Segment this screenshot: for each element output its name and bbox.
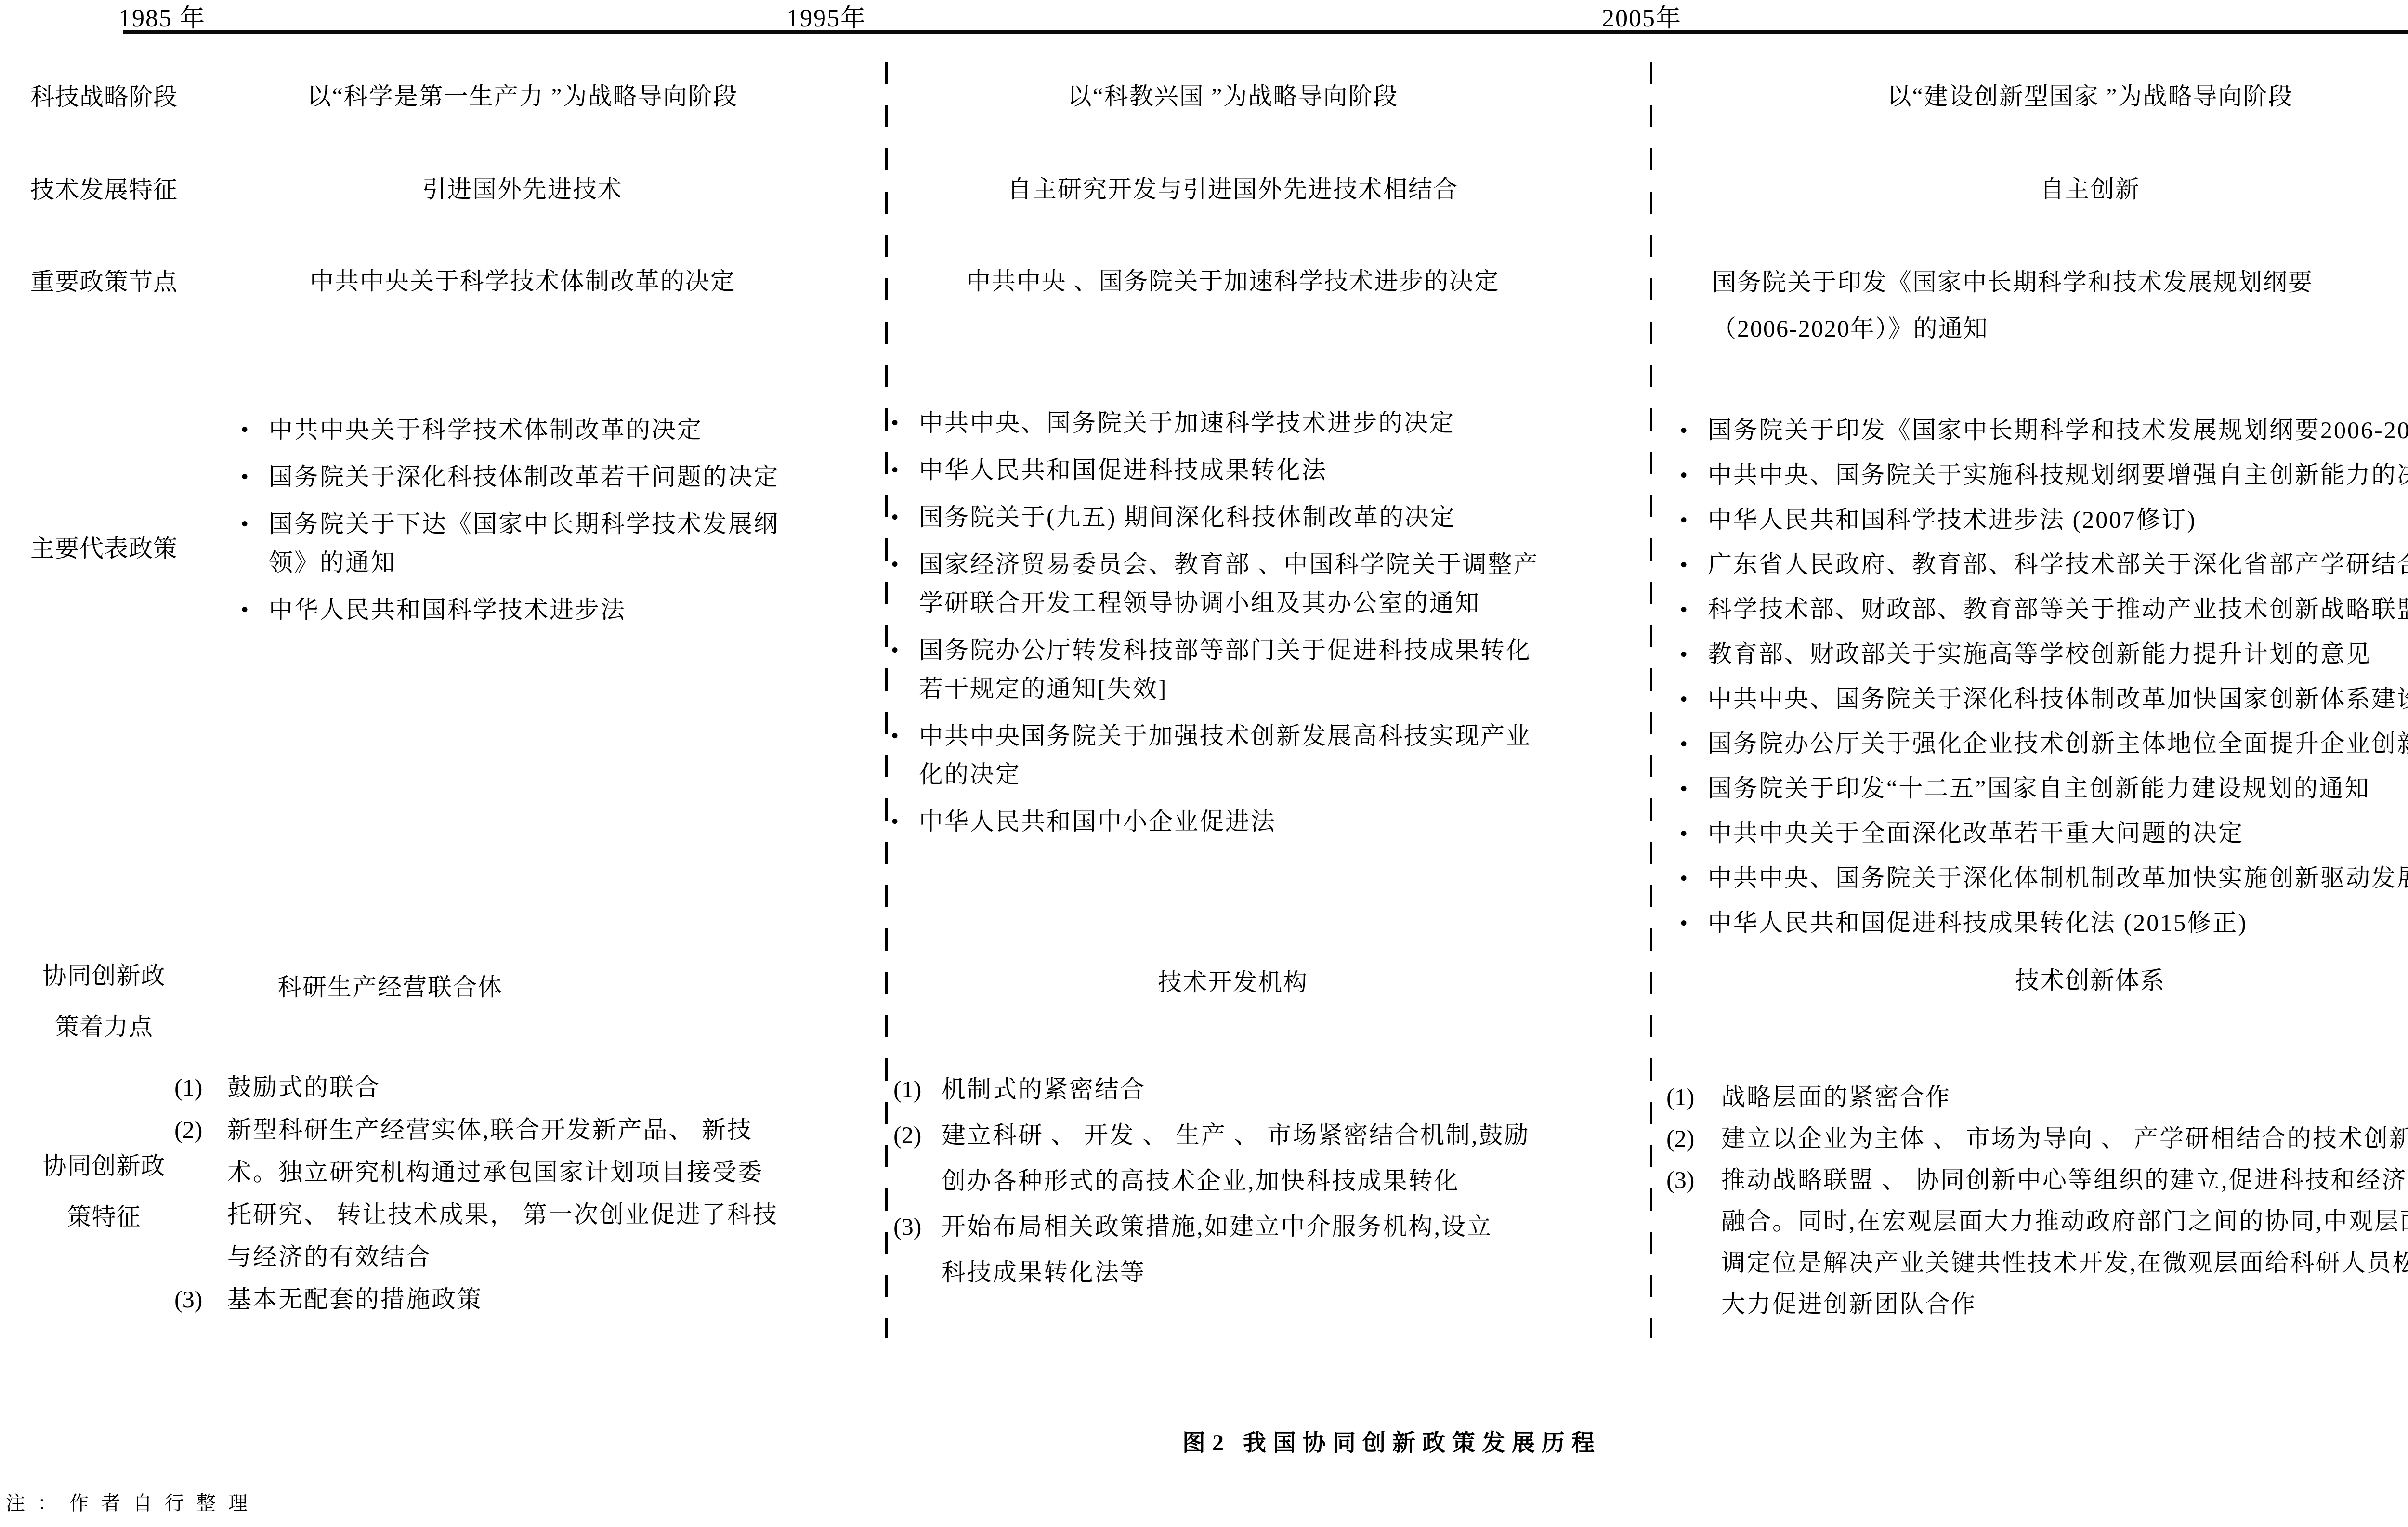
- feature-marker: (3): [174, 1278, 227, 1320]
- timeline-year-2005: 2005年: [1602, 4, 1682, 34]
- focus-period3: 技术创新体系: [1652, 966, 2408, 995]
- bullet-icon: •: [891, 545, 919, 584]
- policy-item: • 中华人民共和国科学技术进步法: [241, 590, 779, 629]
- policy-node-period1: 中共中央关于科学技术体制改革的决定: [183, 267, 862, 296]
- policy-item: • 国务院办公厅转发科技部等部门关于促进科技成果转化 若干规定的通知[失效]: [891, 631, 1539, 708]
- policy-item: • 国务院关于(九五) 期间深化科技体制改革的决定: [891, 498, 1539, 536]
- bullet-icon: •: [241, 457, 269, 496]
- policy-item: • 中共中央关于科学技术体制改革的决定: [241, 410, 779, 449]
- feature-text: 机制式的紧密结合: [942, 1067, 1146, 1112]
- policy-list-period1: • 中共中央关于科学技术体制改革的决定 • 国务院关于深化科技体制改革若干问题的…: [241, 410, 779, 638]
- policy-item: • 中华人民共和国促进科技成果转化法 (2015修正): [1680, 901, 2408, 945]
- policy-text: 国务院办公厅转发科技部等部门关于促进科技成果转化 若干规定的通知[失效]: [919, 631, 1531, 708]
- row-label-strategy-stage: 科技战略阶段: [0, 82, 208, 112]
- bullet-icon: •: [1680, 408, 1708, 453]
- bullet-icon: •: [1680, 587, 1708, 632]
- figure-note: 注：作者自行整理: [6, 1489, 260, 1518]
- policy-item: • 中华人民共和国中小企业促进法: [891, 802, 1539, 841]
- feature-item: (3) 基本无配套的措施政策: [174, 1278, 778, 1320]
- row-label-tech-feature: 技术发展特征: [0, 175, 208, 205]
- feature-item: (2) 建立科研 、 开发 、 生产 、 市场紧密结合机制,鼓励 创办各种形式的…: [893, 1112, 1530, 1204]
- policy-item: • 中共中央、国务院关于加速科学技术进步的决定: [891, 404, 1539, 442]
- policy-node-period2: 中共中央 、国务院关于加速科学技术进步的决定: [886, 267, 1580, 296]
- policy-text: 中共中央国务院关于加强技术创新发展高科技实现产业 化的决定: [919, 717, 1531, 794]
- policy-item: • 中华人民共和国科学技术进步法 (2007修订): [1680, 497, 2408, 542]
- feature-marker: (3): [1666, 1159, 1721, 1201]
- policy-text: 中华人民共和国中小企业促进法: [919, 802, 1276, 841]
- feature-text: 鼓励式的联合: [227, 1066, 380, 1109]
- policy-item: • 中共中央、国务院关于实施科技规划纲要增强自主创新能力的决定: [1680, 453, 2408, 497]
- policy-text: 国务院关于下达《国家中长期科学技术发展纲 领》的通知: [269, 505, 779, 582]
- policy-text: 国务院办公厅关于强化企业技术创新主体地位全面提升企业创新能力的意见: [1708, 721, 2408, 766]
- policy-text: 国务院关于深化科技体制改革若干问题的决定: [269, 457, 779, 496]
- policy-text: 中共中央、国务院关于深化科技体制改革加快国家创新体系建设的意见: [1708, 677, 2408, 721]
- feature-text: 开始布局相关政策措施,如建立中介服务机构,设立 科技成果转化法等: [942, 1204, 1492, 1295]
- policy-text: 中华人民共和国科学技术进步法 (2007修订): [1708, 497, 2197, 542]
- feature-list-period3: (1) 战略层面的紧密合作 (2) 建立以企业为主体 、 市场为导向 、 产学研…: [1666, 1076, 2408, 1325]
- feature-marker: (1): [1666, 1076, 1721, 1118]
- policy-text: 中共中央、国务院关于加速科学技术进步的决定: [919, 404, 1455, 442]
- feature-item: (3) 推动战略联盟 、 协同创新中心等组织的建立,促进科技和经济深度 融合。同…: [1666, 1159, 2408, 1325]
- tech-feature-period3: 自主创新: [1652, 175, 2408, 204]
- policy-item: • 教育部、财政部关于实施高等学校创新能力提升计划的意见: [1680, 632, 2408, 677]
- bullet-icon: •: [1680, 453, 1708, 497]
- policy-list-period3: • 国务院关于印发《国家中长期科学和技术发展规划纲要2006-2020年）》的通…: [1680, 408, 2408, 945]
- feature-list-period2: (1) 机制式的紧密结合 (2) 建立科研 、 开发 、 生产 、 市场紧密结合…: [893, 1067, 1530, 1295]
- policy-item: • 科学技术部、财政部、教育部等关于推动产业技术创新战略联盟构建的指导意见: [1680, 587, 2408, 632]
- policy-text: 中华人民共和国科学技术进步法: [269, 590, 626, 629]
- feature-marker: (1): [893, 1067, 942, 1112]
- feature-text: 基本无配套的措施政策: [227, 1278, 483, 1320]
- bullet-icon: •: [241, 410, 269, 449]
- timeline-axis-line: [123, 30, 2408, 34]
- policy-text: 科学技术部、财政部、教育部等关于推动产业技术创新战略联盟构建的指导意见: [1708, 587, 2408, 632]
- feature-item: (3) 开始布局相关政策措施,如建立中介服务机构,设立 科技成果转化法等: [893, 1204, 1530, 1295]
- column-divider-2: [1650, 62, 1652, 1338]
- policy-item: • 国务院关于印发“十二五”国家自主创新能力建设规划的通知: [1680, 766, 2408, 811]
- feature-marker: (3): [893, 1204, 942, 1250]
- policy-item: • 广东省人民政府、教育部、科学技术部关于深化省部产学研结合工作的若干意见: [1680, 542, 2408, 587]
- row-label-policy-node: 重要政策节点: [0, 267, 208, 297]
- feature-marker: (2): [893, 1112, 942, 1158]
- feature-text: 战略层面的紧密合作: [1721, 1076, 1951, 1118]
- feature-text: 推动战略联盟 、 协同创新中心等组织的建立,促进科技和经济深度 融合。同时,在宏…: [1721, 1159, 2408, 1325]
- feature-marker: (2): [174, 1109, 227, 1151]
- bullet-icon: •: [1680, 856, 1708, 901]
- bullet-icon: •: [1680, 632, 1708, 677]
- row-label-focus: 协同创新政 策着力点: [0, 950, 208, 1052]
- policy-item: • 中华人民共和国促进科技成果转化法: [891, 451, 1539, 489]
- policy-text: 国务院关于印发《国家中长期科学和技术发展规划纲要2006-2020年）》的通知: [1708, 408, 2408, 453]
- bullet-icon: •: [241, 590, 269, 629]
- policy-item: • 国务院关于下达《国家中长期科学技术发展纲 领》的通知: [241, 505, 779, 582]
- figure-canvas: 1985 年 1995年 2005年 2015年 科技战略阶段 技术发展特征 重…: [0, 0, 2408, 1527]
- bullet-icon: •: [1680, 811, 1708, 856]
- timeline-year-1985: 1985 年: [118, 4, 206, 34]
- figure-caption: 图2 我国协同创新政策发展历程: [0, 1426, 2408, 1460]
- bullet-icon: •: [891, 498, 919, 536]
- bullet-icon: •: [891, 451, 919, 489]
- feature-text: 建立科研 、 开发 、 生产 、 市场紧密结合机制,鼓励 创办各种形式的高技术企…: [942, 1112, 1530, 1204]
- column-divider-1: [885, 62, 888, 1338]
- timeline-year-1995: 1995年: [786, 4, 866, 34]
- feature-item: (2) 建立以企业为主体 、 市场为导向 、 产学研相结合的技术创新体系: [1666, 1118, 2408, 1159]
- bullet-icon: •: [1680, 901, 1708, 945]
- bullet-icon: •: [891, 802, 919, 841]
- policy-text: 广东省人民政府、教育部、科学技术部关于深化省部产学研结合工作的若干意见: [1708, 542, 2408, 587]
- feature-text: 建立以企业为主体 、 市场为导向 、 产学研相结合的技术创新体系: [1721, 1118, 2408, 1159]
- policy-text: 中共中央关于全面深化改革若干重大问题的决定: [1708, 811, 2244, 856]
- policy-item: • 国务院关于深化科技体制改革若干问题的决定: [241, 457, 779, 496]
- tech-feature-period2: 自主研究开发与引进国外先进技术相结合: [886, 175, 1580, 204]
- policy-item: • 中共中央国务院关于加强技术创新发展高科技实现产业 化的决定: [891, 717, 1539, 794]
- policy-text: 国家经济贸易委员会、教育部 、中国科学院关于调整产 学研联合开发工程领导协调小组…: [919, 545, 1539, 622]
- feature-text: 新型科研生产经营实体,联合开发新产品、 新技 术。独立研究机构通过承包国家计划项…: [227, 1109, 778, 1278]
- policy-text: 教育部、财政部关于实施高等学校创新能力提升计划的意见: [1708, 632, 2371, 677]
- policy-item: • 中共中央、国务院关于深化科技体制改革加快国家创新体系建设的意见: [1680, 677, 2408, 721]
- bullet-icon: •: [1680, 677, 1708, 721]
- bullet-icon: •: [1680, 766, 1708, 811]
- feature-item: (1) 鼓励式的联合: [174, 1066, 778, 1109]
- policy-text: 国务院关于(九五) 期间深化科技体制改革的决定: [919, 498, 1456, 536]
- feature-item: (2) 新型科研生产经营实体,联合开发新产品、 新技 术。独立研究机构通过承包国…: [174, 1109, 778, 1278]
- strategy-stage-period1: 以“科学是第一生产力 ”为战略导向阶段: [183, 82, 862, 111]
- bullet-icon: •: [891, 631, 919, 669]
- policy-text: 中华人民共和国促进科技成果转化法 (2015修正): [1708, 901, 2248, 945]
- bullet-icon: •: [1680, 542, 1708, 587]
- bullet-icon: •: [891, 717, 919, 755]
- bullet-icon: •: [241, 505, 269, 543]
- policy-item: • 中共中央关于全面深化改革若干重大问题的决定: [1680, 811, 2408, 856]
- policy-text: 国务院关于印发“十二五”国家自主创新能力建设规划的通知: [1708, 766, 2370, 811]
- feature-list-period1: (1) 鼓励式的联合 (2) 新型科研生产经营实体,联合开发新产品、 新技 术。…: [174, 1066, 778, 1320]
- policy-text: 中共中央、国务院关于深化体制机制改革加快实施创新驱动发展战略的若干意见: [1708, 856, 2408, 901]
- bullet-icon: •: [1680, 497, 1708, 542]
- policy-item: • 中共中央、国务院关于深化体制机制改革加快实施创新驱动发展战略的若干意见: [1680, 856, 2408, 901]
- bullet-icon: •: [891, 404, 919, 442]
- bullet-icon: •: [1680, 721, 1708, 766]
- policy-text: 中共中央关于科学技术体制改革的决定: [269, 410, 703, 449]
- strategy-stage-period2: 以“科教兴国 ”为战略导向阶段: [886, 82, 1580, 111]
- row-label-main-policies: 主要代表政策: [0, 534, 208, 563]
- policy-text: 中华人民共和国促进科技成果转化法: [919, 451, 1327, 489]
- focus-period1: 科研生产经营联合体: [207, 973, 573, 1002]
- policy-item: • 国务院办公厅关于强化企业技术创新主体地位全面提升企业创新能力的意见: [1680, 721, 2408, 766]
- feature-item: (1) 机制式的紧密结合: [893, 1067, 1530, 1112]
- feature-marker: (1): [174, 1066, 227, 1109]
- policy-text: 中共中央、国务院关于实施科技规划纲要增强自主创新能力的决定: [1708, 453, 2408, 497]
- policy-item: • 国家经济贸易委员会、教育部 、中国科学院关于调整产 学研联合开发工程领导协调…: [891, 545, 1539, 622]
- feature-item: (1) 战略层面的紧密合作: [1666, 1076, 2408, 1118]
- strategy-stage-period3: 以“建设创新型国家 ”为战略导向阶段: [1652, 82, 2408, 111]
- policy-node-period3: 国务院关于印发《国家中长期科学和技术发展规划纲要 （2006-2020年）》的通…: [1712, 259, 2408, 352]
- feature-marker: (2): [1666, 1118, 1721, 1159]
- focus-period2: 技术开发机构: [886, 968, 1580, 997]
- policy-list-period2: • 中共中央、国务院关于加速科学技术进步的决定 • 中华人民共和国促进科技成果转…: [891, 404, 1539, 849]
- policy-item: • 国务院关于印发《国家中长期科学和技术发展规划纲要2006-2020年）》的通…: [1680, 408, 2408, 453]
- tech-feature-period1: 引进国外先进技术: [183, 175, 862, 204]
